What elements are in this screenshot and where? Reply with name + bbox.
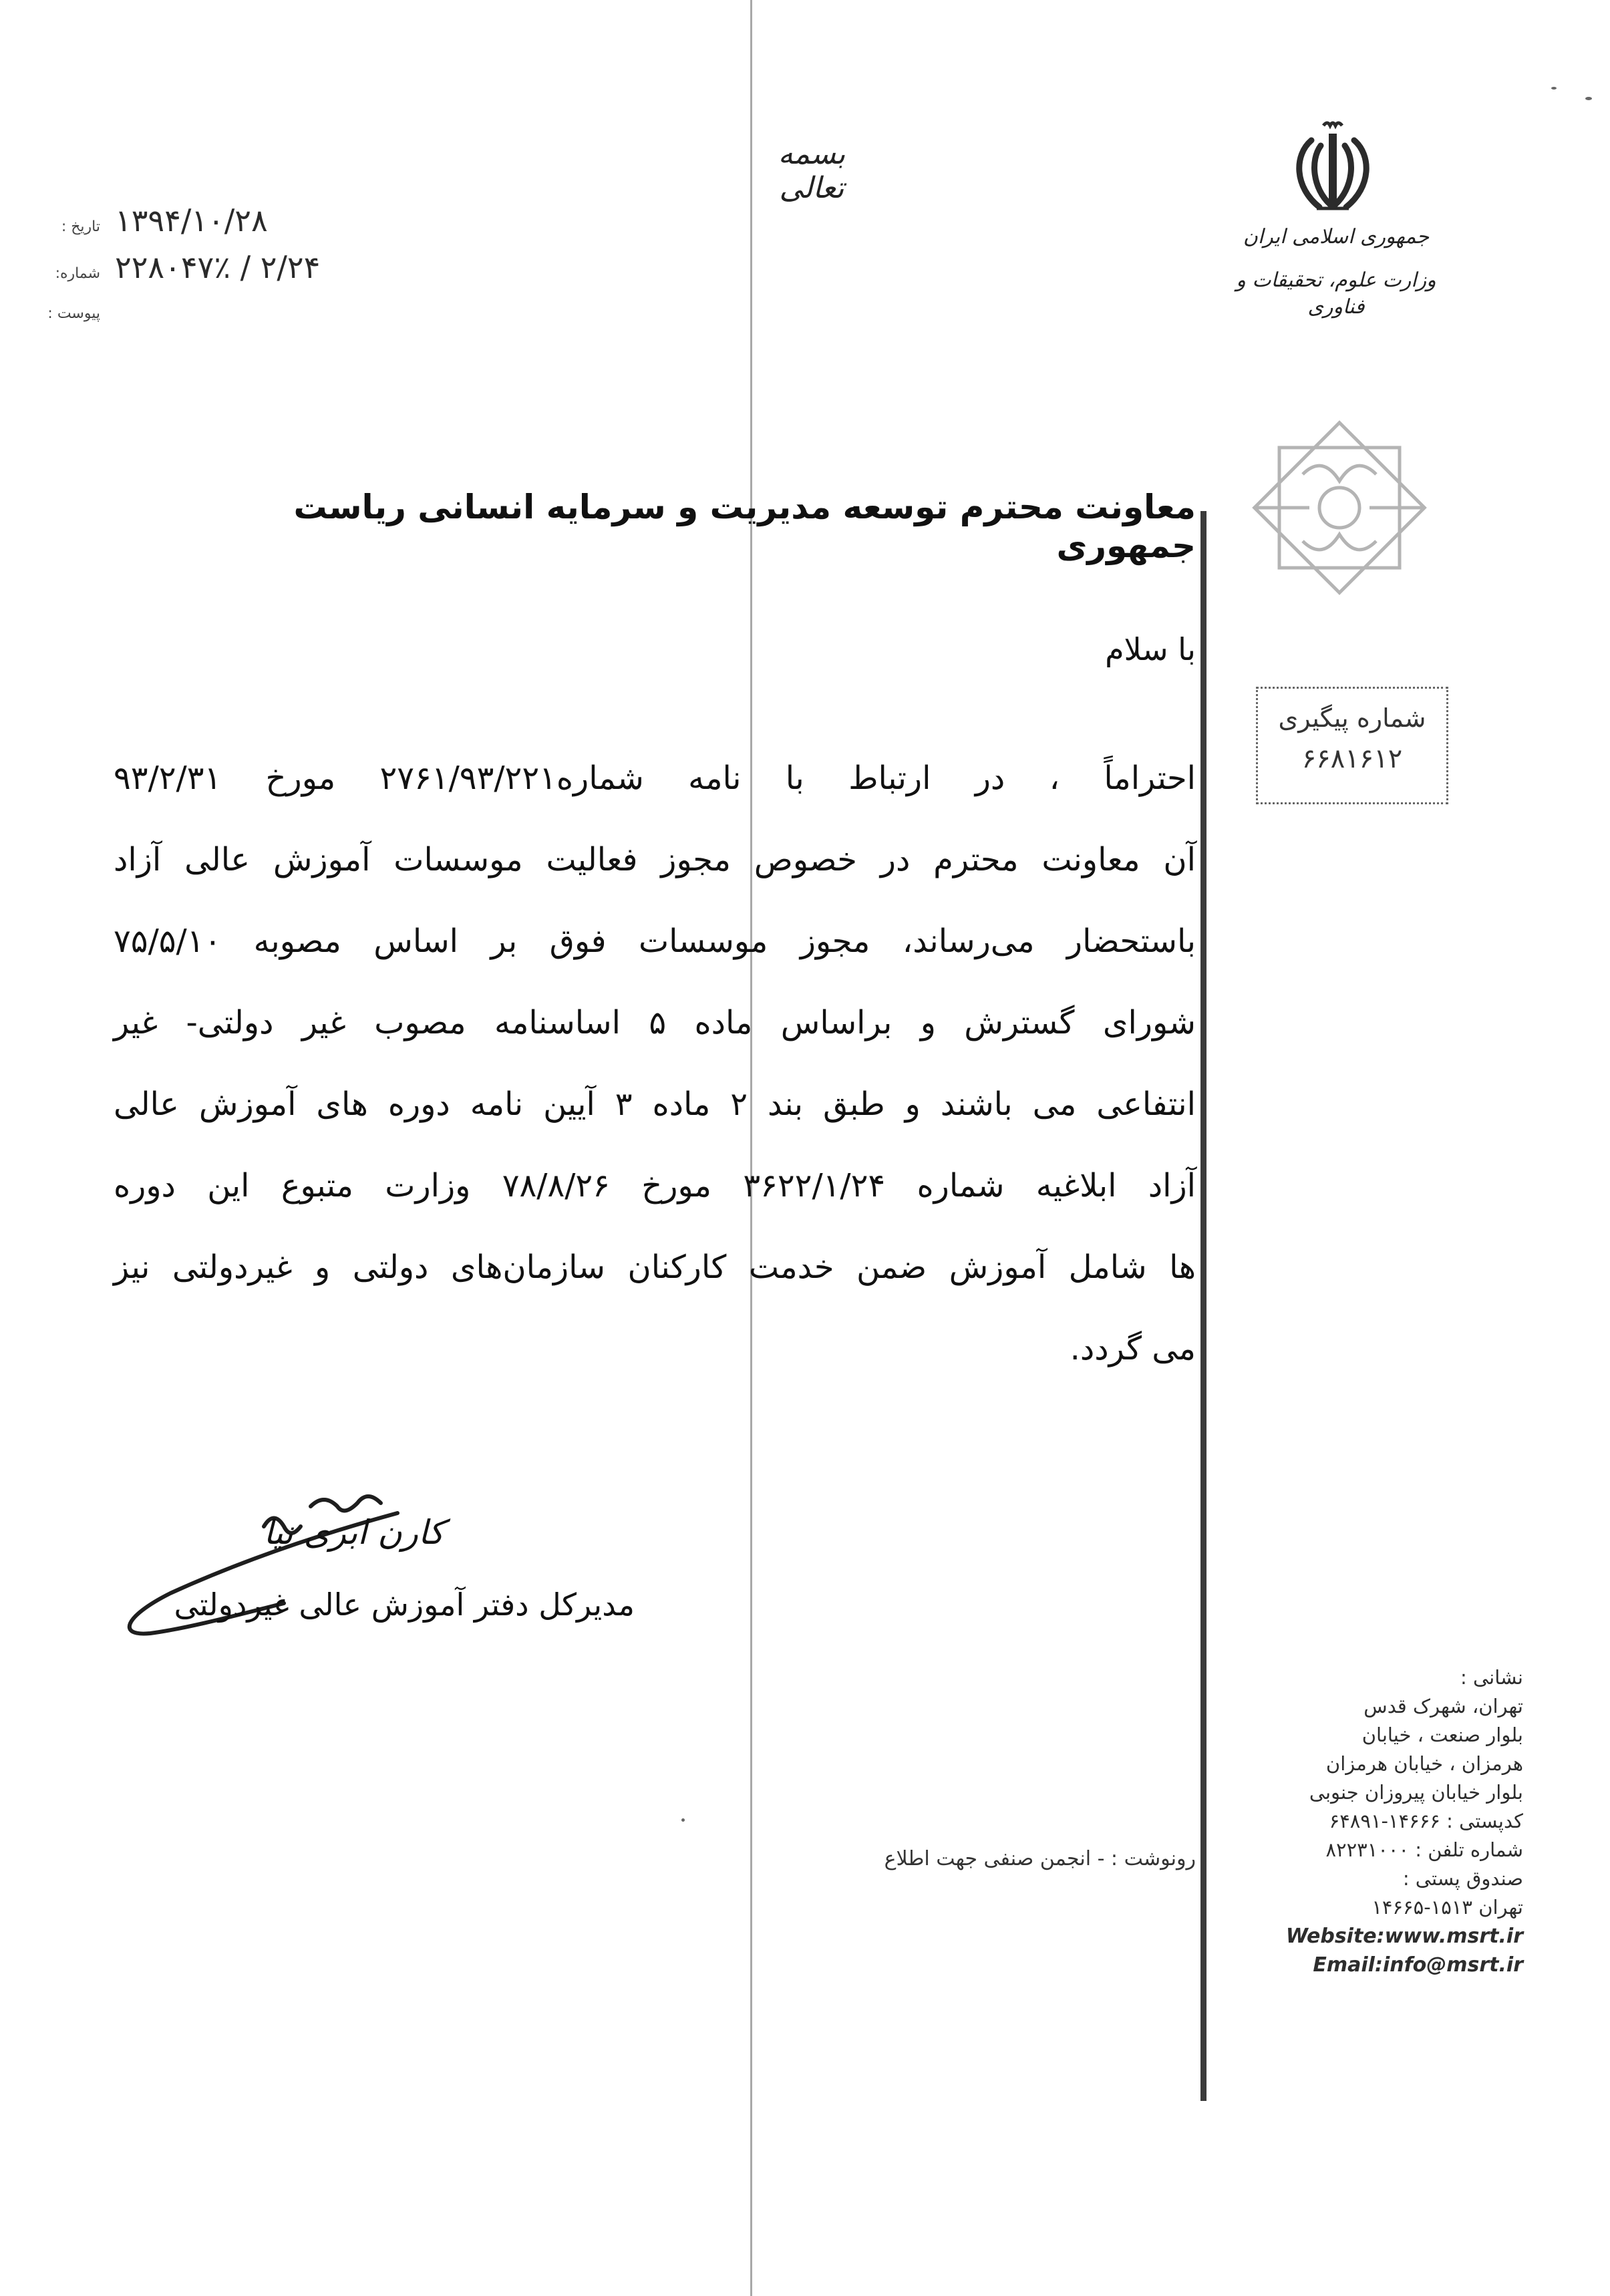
- body-line: احتراماً ، در ارتباط با نامه شماره۲۷۶۱/۹…: [114, 748, 1196, 830]
- date-row: تاریخ : ۱۳۹۴/۱۰/۲۸: [40, 200, 354, 247]
- government-title: جمهوری اسلامی ایران: [1216, 224, 1456, 251]
- number-label: شماره:: [40, 254, 100, 294]
- body-line: باستحضار می‌رساند، مجوز موسسات فوق بر اس…: [114, 911, 1196, 993]
- body-line: آزاد ابلاغیه شماره ۳۶۲۲/۱/۲۴ مورخ ۷۸/۸/۲…: [114, 1156, 1196, 1237]
- body-line: می گردد.: [114, 1319, 1196, 1400]
- margin-rule: [1200, 511, 1206, 2101]
- signatory-name: کارن ابری نیا: [190, 1513, 444, 1552]
- scan-speck: [1551, 87, 1557, 90]
- address-line: تهران، شهرک قدس: [1243, 1692, 1523, 1721]
- number-row: شماره: ۲/۲۴ / ۲۲۸۰۴۷٪: [40, 247, 354, 294]
- tracking-number-box: شماره پیگیری ۶۶۸۱۶۱۲: [1256, 687, 1448, 804]
- islamic-star-ornament-icon: [1229, 407, 1450, 608]
- carbon-copy: رونوشت : - انجمن صنفی جهت اطلاع: [681, 1847, 1196, 1870]
- address-line: هرمزان ، خیابان هرمزان: [1243, 1750, 1523, 1778]
- body-line: انتفاعی می باشند و طبق بند ۲ ماده ۳ آیین…: [114, 1074, 1196, 1156]
- email-link[interactable]: Email:info@msrt.ir: [1243, 1951, 1523, 1979]
- body-line: ها شامل آموزش ضمن خدمت کارکنان سازمان‌ها…: [114, 1237, 1196, 1319]
- letter-meta: تاریخ : ۱۳۹۴/۱۰/۲۸ شماره: ۲/۲۴ / ۲۲۸۰۴۷٪…: [40, 200, 354, 334]
- address-line: کدپستی : ۱۴۶۶۶-۶۴۸۹۱: [1243, 1807, 1523, 1836]
- scan-speck: [1585, 97, 1592, 100]
- signatory-title: مدیرکل دفتر آموزش عالی غیردولتی: [114, 1587, 635, 1623]
- body-line: شورای گسترش و براساس ماده ۵ اساسنامه مصو…: [114, 993, 1196, 1074]
- number-value: ۲/۲۴ / ۲۲۸۰۴۷٪: [115, 247, 320, 287]
- website-link[interactable]: Website:www.msrt.ir: [1243, 1922, 1523, 1951]
- address-line: بلوار خیابان پیروزان جنوبی: [1243, 1778, 1523, 1807]
- date-label: تاریخ :: [40, 207, 100, 247]
- iran-emblem-icon: [1279, 114, 1386, 220]
- recipient: معاونت محترم توسعه مدیریت و سرمایه انسان…: [207, 488, 1196, 565]
- bismillah: بسمه تعالی: [748, 137, 875, 205]
- tracking-label: شماره پیگیری: [1258, 703, 1446, 733]
- tracking-number: ۶۶۸۱۶۱۲: [1258, 744, 1446, 774]
- body-line: آن معاونت محترم در خصوص مجوز فعالیت موسس…: [114, 830, 1196, 911]
- address-line: بلوار صنعت ، خیابان: [1243, 1721, 1523, 1750]
- address-line: شماره تلفن : ۸۲۲۳۱۰۰۰: [1243, 1836, 1523, 1864]
- attachment-row: پیوست :: [40, 294, 354, 334]
- address-line: نشانی :: [1243, 1663, 1523, 1692]
- greeting: با سلام: [868, 631, 1196, 667]
- ministry-address: نشانی : تهران، شهرک قدس بلوار صنعت ، خیا…: [1243, 1663, 1523, 1979]
- address-line: صندوق پستی :: [1243, 1864, 1523, 1893]
- date-value: ۱۳۹۴/۱۰/۲۸: [115, 200, 268, 240]
- address-line: تهران ۱۵۱۳-۱۴۶۶۵: [1243, 1893, 1523, 1922]
- attachment-label: پیوست :: [40, 294, 100, 334]
- scan-speck: [681, 1818, 685, 1822]
- ministry-title: وزارت علوم، تحقیقات و فناوری: [1209, 267, 1463, 321]
- letter-body: احتراماً ، در ارتباط با نامه شماره۲۷۶۱/۹…: [114, 748, 1196, 1400]
